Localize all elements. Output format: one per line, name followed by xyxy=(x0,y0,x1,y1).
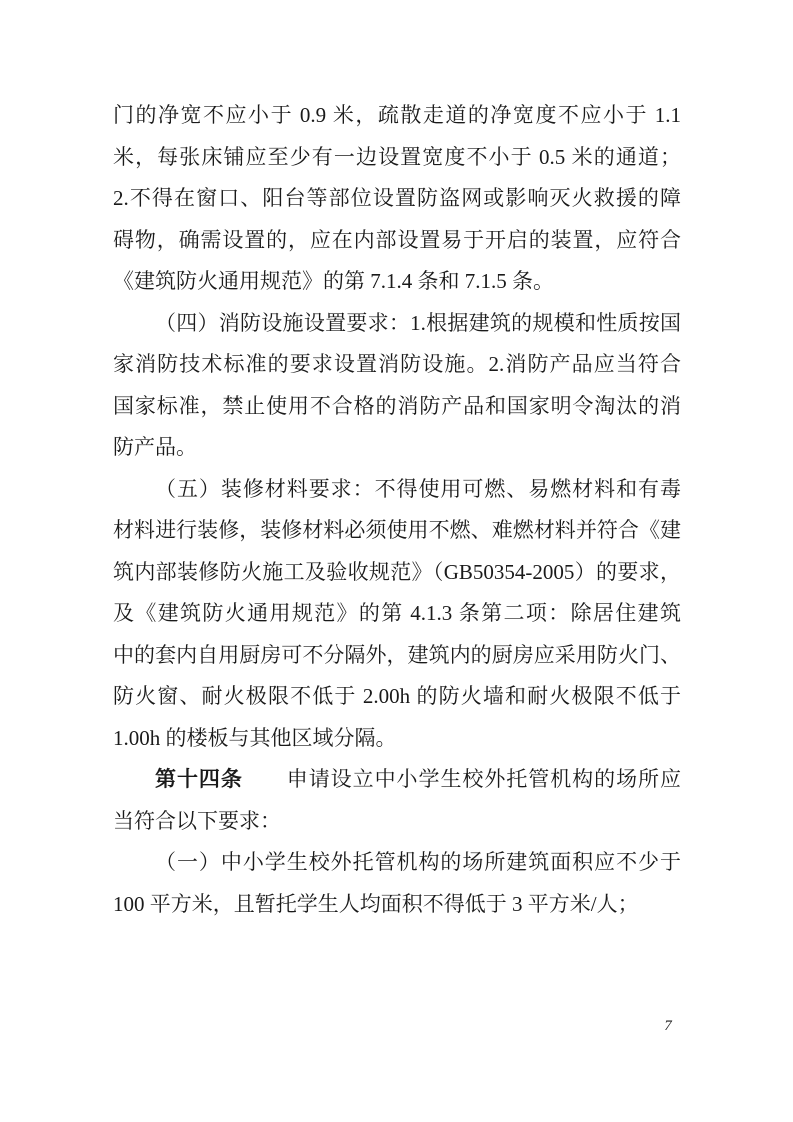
text-segment: 申请设立中小学生校外托管机构的场所应 xyxy=(287,767,681,791)
text-segment: 当符合以下要求： xyxy=(113,809,281,833)
text-line: 筑内部装修防火施工及验收规范》（GB50354-2005）的要求， xyxy=(113,552,681,594)
text-line: （四）消防设施设置要求：1.根据建筑的规模和性质按国 xyxy=(113,303,681,345)
text-line: （五）装修材料要求：不得使用可燃、易燃材料和有毒 xyxy=(113,469,681,511)
text-segment: 防产品。 xyxy=(113,435,197,459)
text-segment: 米，每张床铺应至少有一边设置宽度不小于 0.5 米的通道； xyxy=(113,145,681,169)
text-segment: 国家标准，禁止使用不合格的消防产品和国家明令淘汰的消 xyxy=(113,394,681,418)
text-line: 国家标准，禁止使用不合格的消防产品和国家明令淘汰的消 xyxy=(113,386,681,428)
text-line: 防产品。 xyxy=(113,427,681,469)
text-segment xyxy=(243,767,287,791)
text-segment: （五）装修材料要求：不得使用可燃、易燃材料和有毒 xyxy=(155,477,681,501)
text-segment: 2.不得在窗口、阳台等部位设置防盗网或影响灭火救援的障 xyxy=(113,186,681,210)
text-line: 材料进行装修，装修材料必须使用不燃、难燃材料并符合《建 xyxy=(113,510,681,552)
text-line: 米，每张床铺应至少有一边设置宽度不小于 0.5 米的通道； xyxy=(113,137,681,179)
text-line: 《建筑防火通用规范》的第 7.1.4 条和 7.1.5 条。 xyxy=(113,261,681,303)
text-line: 1.00h 的楼板与其他区域分隔。 xyxy=(113,718,681,760)
text-segment: 碍物，确需设置的，应在内部设置易于开启的装置，应符合 xyxy=(113,228,681,252)
text-line: （一）中小学生校外托管机构的场所建筑面积应不少于 xyxy=(113,842,681,884)
text-line: 100 平方米，且暂托学生人均面积不得低于 3 平方米/人； xyxy=(113,884,681,926)
text-segment: 筑内部装修防火施工及验收规范》（GB50354-2005）的要求， xyxy=(113,560,681,584)
text-segment: 材料进行装修，装修材料必须使用不燃、难燃材料并符合《建 xyxy=(113,518,681,542)
text-line: 第十四条 申请设立中小学生校外托管机构的场所应 xyxy=(113,759,681,801)
document-body: 门的净宽不应小于 0.9 米，疏散走道的净宽度不应小于 1.1米，每张床铺应至少… xyxy=(113,95,681,925)
text-line: 碍物，确需设置的，应在内部设置易于开启的装置，应符合 xyxy=(113,220,681,262)
text-line: 家消防技术标准的要求设置消防设施。2.消防产品应当符合 xyxy=(113,344,681,386)
text-segment: 家消防技术标准的要求设置消防设施。2.消防产品应当符合 xyxy=(113,352,681,376)
text-segment: 及《建筑防火通用规范》的第 4.1.3 条第二项：除居住建筑 xyxy=(113,601,681,625)
text-segment: （一）中小学生校外托管机构的场所建筑面积应不少于 xyxy=(155,850,681,874)
text-segment: 防火窗、耐火极限不低于 2.00h 的防火墙和耐火极限不低于 xyxy=(113,684,681,708)
text-line: 门的净宽不应小于 0.9 米，疏散走道的净宽度不应小于 1.1 xyxy=(113,95,681,137)
text-line: 中的套内自用厨房可不分隔外，建筑内的厨房应采用防火门、 xyxy=(113,635,681,677)
text-segment: 1.00h 的楼板与其他区域分隔。 xyxy=(113,726,397,750)
text-segment: 《建筑防火通用规范》的第 7.1.4 条和 7.1.5 条。 xyxy=(113,269,554,293)
document-page: 门的净宽不应小于 0.9 米，疏散走道的净宽度不应小于 1.1米，每张床铺应至少… xyxy=(0,0,793,1122)
text-segment: 100 平方米，且暂托学生人均面积不得低于 3 平方米/人； xyxy=(113,892,639,916)
text-segment: （四）消防设施设置要求：1.根据建筑的规模和性质按国 xyxy=(155,311,681,335)
article-number-bold: 第十四条 xyxy=(155,767,243,791)
text-line: 当符合以下要求： xyxy=(113,801,681,843)
page-number: 7 xyxy=(656,1018,680,1035)
text-segment: 中的套内自用厨房可不分隔外，建筑内的厨房应采用防火门、 xyxy=(113,643,681,667)
text-line: 2.不得在窗口、阳台等部位设置防盗网或影响灭火救援的障 xyxy=(113,178,681,220)
text-line: 防火窗、耐火极限不低于 2.00h 的防火墙和耐火极限不低于 xyxy=(113,676,681,718)
text-segment: 门的净宽不应小于 0.9 米，疏散走道的净宽度不应小于 1.1 xyxy=(113,103,681,127)
text-line: 及《建筑防火通用规范》的第 4.1.3 条第二项：除居住建筑 xyxy=(113,593,681,635)
